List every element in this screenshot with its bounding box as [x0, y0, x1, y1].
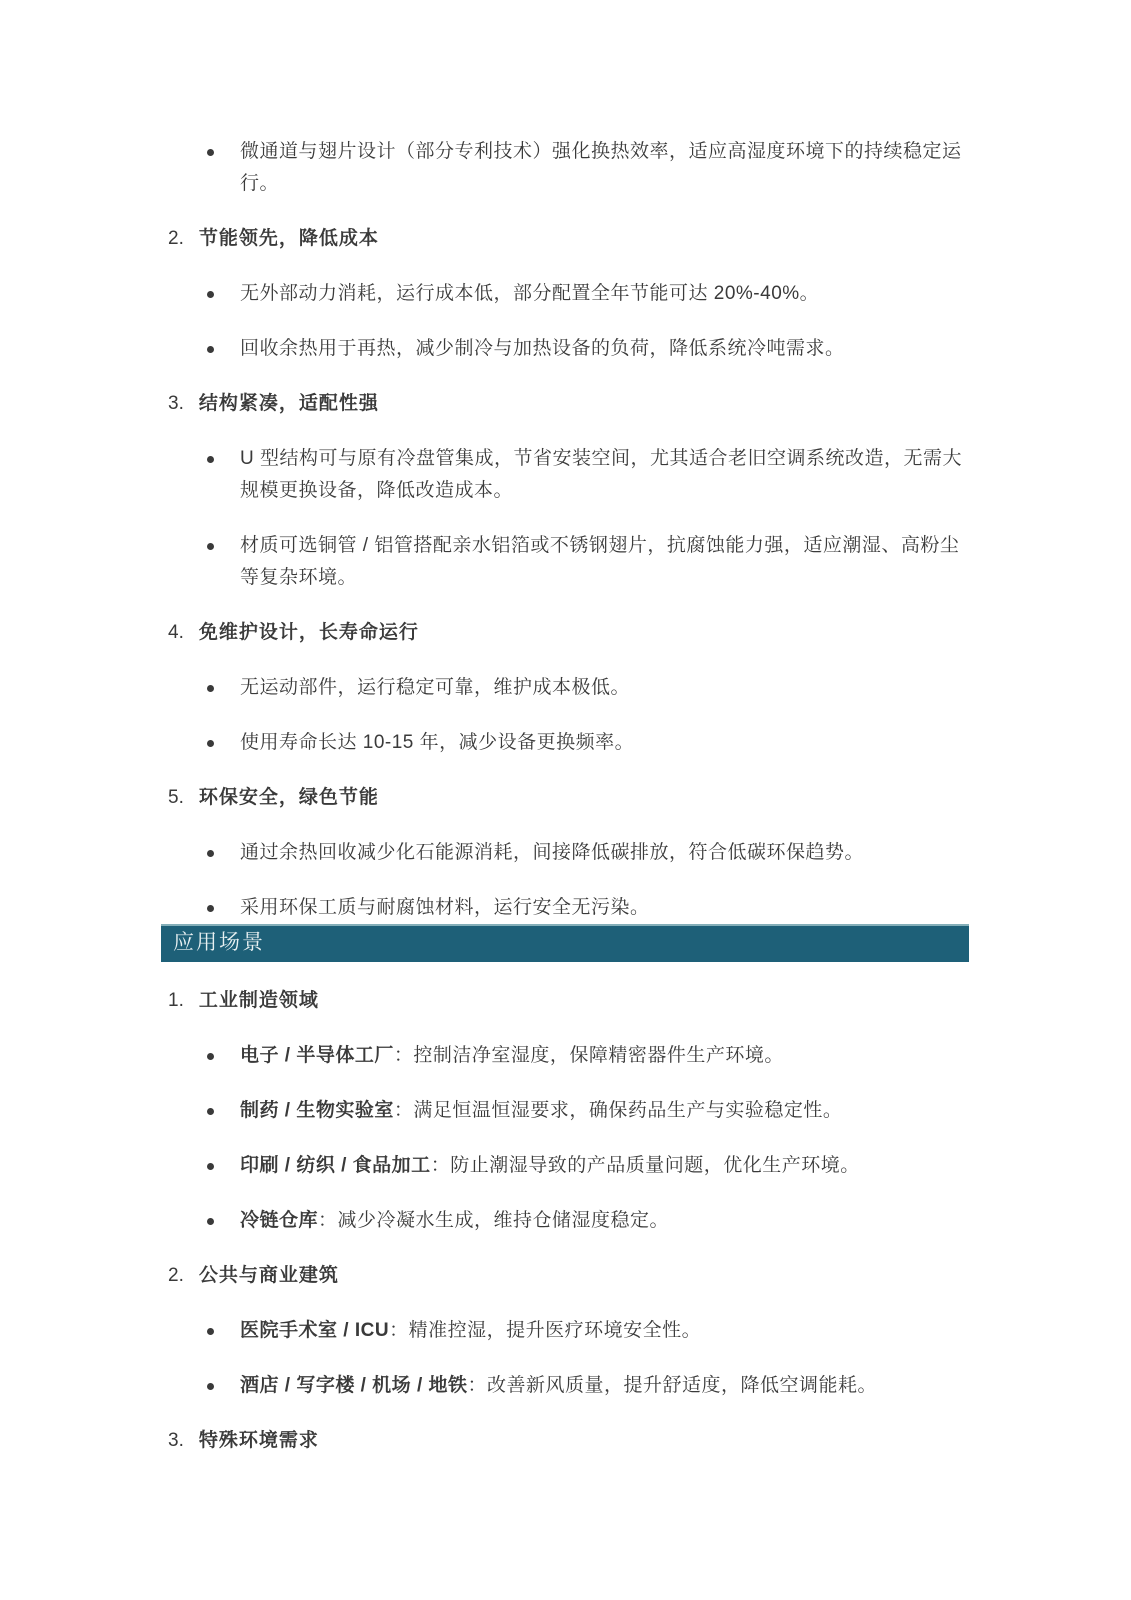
- section-heading-structure: 3.结构紧凑，适配性强: [168, 388, 969, 420]
- application-item: 酒店 / 写字楼 / 机场 / 地铁：改善新风质量，提升舒适度，降低空调能耗。: [207, 1370, 969, 1402]
- bullet-text: 印刷 / 纺织 / 食品加工：防止潮湿导致的产品质量问题，优化生产环境。: [240, 1150, 969, 1182]
- item-label: 电子 / 半导体工厂: [240, 1045, 394, 1066]
- item-desc: ：满足恒温恒湿要求，确保药品生产与实验稳定性。: [394, 1100, 843, 1121]
- heading-title: 结构紧凑，适配性强: [199, 393, 379, 414]
- heading-number: 2.: [168, 1260, 199, 1292]
- bullet-text: 通过余热回收减少化石能源消耗，间接降低碳排放，符合低碳环保趋势。: [240, 837, 969, 869]
- heading-number: 3.: [168, 388, 199, 420]
- bullet-marker: [207, 1370, 240, 1402]
- bullet-marker: [207, 1150, 240, 1182]
- application-item: 印刷 / 纺织 / 食品加工：防止潮湿导致的产品质量问题，优化生产环境。: [207, 1150, 969, 1182]
- bullet-marker: [207, 1205, 240, 1237]
- section-heading-commercial: 2.公共与商业建筑: [168, 1260, 969, 1292]
- bullet-item: 无外部动力消耗，运行成本低，部分配置全年节能可达 20%-40%。: [207, 278, 969, 310]
- bullet-item: 采用环保工质与耐腐蚀材料，运行安全无污染。: [207, 892, 969, 924]
- bullet-marker: [207, 333, 240, 365]
- section-heading-eco: 5.环保安全，绿色节能: [168, 782, 969, 814]
- bullet-text: U 型结构可与原有冷盘管集成，节省安装空间，尤其适合老旧空调系统改造，无需大规模…: [240, 443, 969, 507]
- heading-title: 工业制造领域: [199, 990, 319, 1011]
- section-heading-maintenance: 4.免维护设计，长寿命运行: [168, 617, 969, 649]
- bullet-item: 回收余热用于再热，减少制冷与加热设备的负荷，降低系统冷吨需求。: [207, 333, 969, 365]
- bullet-text: 医院手术室 / ICU：精准控湿，提升医疗环境安全性。: [240, 1315, 969, 1347]
- section-heading-industrial: 1.工业制造领域: [168, 985, 969, 1017]
- bullet-marker: [207, 443, 240, 507]
- bullet-text: 采用环保工质与耐腐蚀材料，运行安全无污染。: [240, 892, 969, 924]
- bullet-text: 酒店 / 写字楼 / 机场 / 地铁：改善新风质量，提升舒适度，降低空调能耗。: [240, 1370, 969, 1402]
- item-label: 制药 / 生物实验室: [240, 1100, 394, 1121]
- heading-title: 特殊环境需求: [199, 1430, 319, 1451]
- bullet-marker: [207, 136, 240, 200]
- banner-title: 应用场景: [173, 927, 265, 961]
- item-desc: ：控制洁净室湿度，保障精密器件生产环境。: [394, 1045, 784, 1066]
- item-label: 冷链仓库: [240, 1210, 318, 1231]
- heading-number: 5.: [168, 782, 199, 814]
- heading-number: 4.: [168, 617, 199, 649]
- bullet-text: 材质可选铜管 / 铝管搭配亲水铝箔或不锈钢翅片，抗腐蚀能力强，适应潮湿、高粉尘等…: [240, 530, 969, 594]
- bullet-text: 使用寿命长达 10-15 年，减少设备更换频率。: [240, 727, 969, 759]
- bullet-marker: [207, 1095, 240, 1127]
- item-label: 酒店 / 写字楼 / 机场 / 地铁: [240, 1375, 468, 1396]
- bullet-marker: [207, 837, 240, 869]
- bullet-item: 无运动部件，运行稳定可靠，维护成本极低。: [207, 672, 969, 704]
- application-item: 医院手术室 / ICU：精准控湿，提升医疗环境安全性。: [207, 1315, 969, 1347]
- bullet-text: 制药 / 生物实验室：满足恒温恒湿要求，确保药品生产与实验稳定性。: [240, 1095, 969, 1127]
- application-item: 电子 / 半导体工厂：控制洁净室湿度，保障精密器件生产环境。: [207, 1040, 969, 1072]
- bullet-item: U 型结构可与原有冷盘管集成，节省安装空间，尤其适合老旧空调系统改造，无需大规模…: [207, 443, 969, 507]
- bullet-item: 材质可选铜管 / 铝管搭配亲水铝箔或不锈钢翅片，抗腐蚀能力强，适应潮湿、高粉尘等…: [207, 530, 969, 594]
- bullet-text: 微通道与翅片设计（部分专利技术）强化换热效率，适应高湿度环境下的持续稳定运行。: [240, 136, 969, 200]
- bullet-marker: [207, 1040, 240, 1072]
- heading-title: 环保安全，绿色节能: [199, 787, 379, 808]
- page: 微通道与翅片设计（部分专利技术）强化换热效率，适应高湿度环境下的持续稳定运行。 …: [0, 0, 1131, 1600]
- section-heading-energy: 2.节能领先，降低成本: [168, 223, 969, 255]
- item-desc: ：改善新风质量，提升舒适度，降低空调能耗。: [468, 1375, 878, 1396]
- applications-banner: 应用场景: [161, 924, 969, 962]
- bullet-marker: [207, 892, 240, 924]
- bullet-marker: [207, 530, 240, 594]
- heading-number: 1.: [168, 985, 199, 1017]
- bullet-text: 回收余热用于再热，减少制冷与加热设备的负荷，降低系统冷吨需求。: [240, 333, 969, 365]
- item-label: 印刷 / 纺织 / 食品加工: [240, 1155, 431, 1176]
- bullet-item: 通过余热回收减少化石能源消耗，间接降低碳排放，符合低碳环保趋势。: [207, 837, 969, 869]
- section-heading-special: 3.特殊环境需求: [168, 1425, 969, 1457]
- bullet-text: 冷链仓库：减少冷凝水生成，维持仓储湿度稳定。: [240, 1205, 969, 1237]
- heading-number: 3.: [168, 1425, 199, 1457]
- item-label: 医院手术室 / ICU: [240, 1320, 389, 1341]
- application-item: 冷链仓库：减少冷凝水生成，维持仓储湿度稳定。: [207, 1205, 969, 1237]
- heading-number: 2.: [168, 223, 199, 255]
- application-item: 制药 / 生物实验室：满足恒温恒湿要求，确保药品生产与实验稳定性。: [207, 1095, 969, 1127]
- heading-title: 节能领先，降低成本: [199, 228, 379, 249]
- lead-bullet-item: 微通道与翅片设计（部分专利技术）强化换热效率，适应高湿度环境下的持续稳定运行。: [207, 136, 969, 200]
- bullet-marker: [207, 1315, 240, 1347]
- item-desc: ：减少冷凝水生成，维持仓储湿度稳定。: [318, 1210, 669, 1231]
- bullet-marker: [207, 278, 240, 310]
- bullet-item: 使用寿命长达 10-15 年，减少设备更换频率。: [207, 727, 969, 759]
- bullet-marker: [207, 672, 240, 704]
- heading-title: 免维护设计，长寿命运行: [199, 622, 419, 643]
- document-body: 微通道与翅片设计（部分专利技术）强化换热效率，适应高湿度环境下的持续稳定运行。 …: [0, 0, 1131, 1457]
- bullet-text: 无运动部件，运行稳定可靠，维护成本极低。: [240, 672, 969, 704]
- heading-title: 公共与商业建筑: [199, 1265, 339, 1286]
- item-desc: ：防止潮湿导致的产品质量问题，优化生产环境。: [431, 1155, 860, 1176]
- bullet-marker: [207, 727, 240, 759]
- item-desc: ：精准控湿，提升医疗环境安全性。: [389, 1320, 701, 1341]
- bullet-text: 电子 / 半导体工厂：控制洁净室湿度，保障精密器件生产环境。: [240, 1040, 969, 1072]
- bullet-text: 无外部动力消耗，运行成本低，部分配置全年节能可达 20%-40%。: [240, 278, 969, 310]
